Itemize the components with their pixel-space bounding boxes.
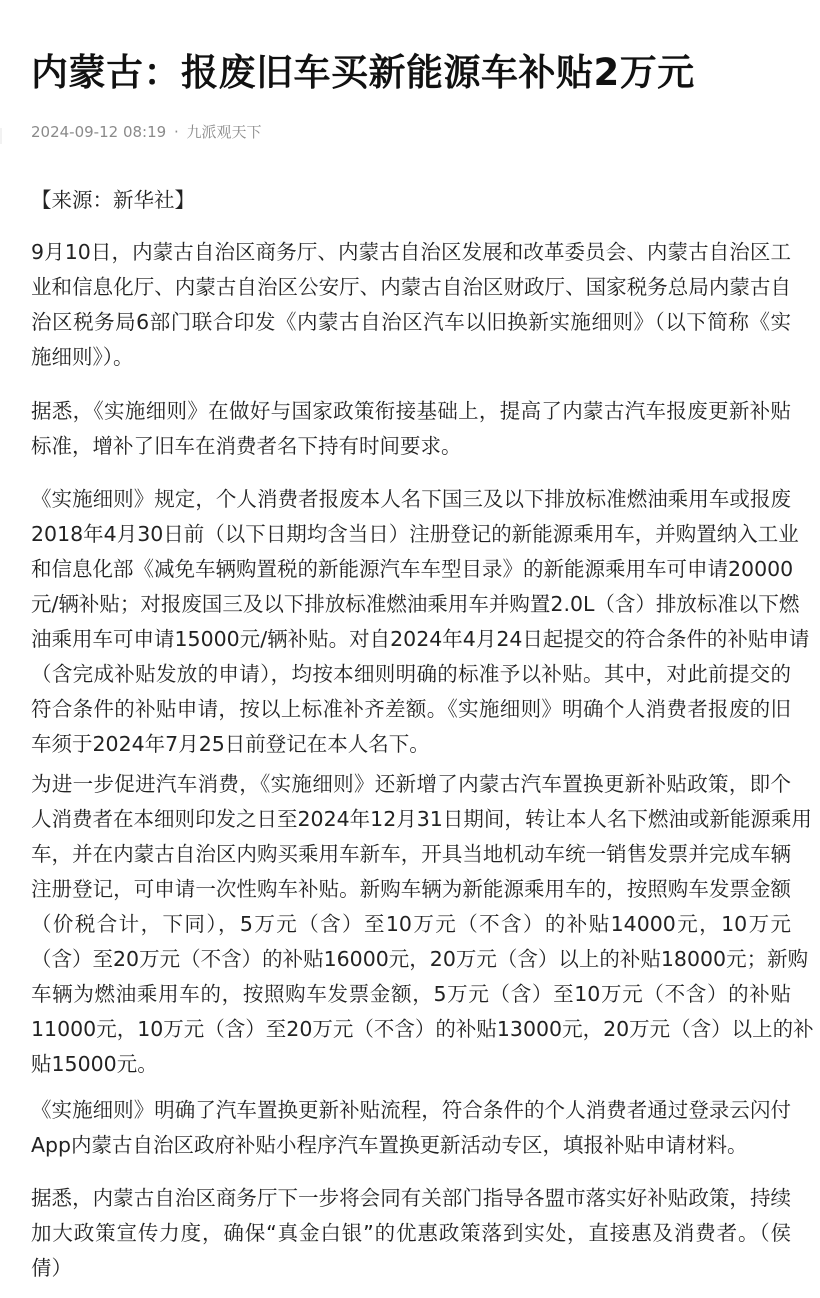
paragraph-5: 《实施细则》明确了汽车置换更新补贴流程，符合条件的个人消费者通过登录云闪付 Ap… xyxy=(31,1093,791,1163)
paragraph-line: 加大政策宣传力度，确保“真金白银”的优惠政策落到实处，直接惠及消费者。（侯 xyxy=(31,1216,791,1251)
article-title: 内蒙古：报废旧车买新能源车补贴2万元 xyxy=(31,48,695,98)
paragraph-line: （含完成补贴发放的申请），均按本细则明确的标准予以补贴。其中，对此前提交的 xyxy=(31,657,791,692)
paragraph-line: 11000元，10万元（含）至20万元（不含）的补贴13000元，20万元（含）… xyxy=(31,1012,791,1047)
paragraph-line: 贴15000元。 xyxy=(31,1047,791,1082)
meta-separator: · xyxy=(171,123,182,141)
paragraph-line: 《实施细则》明确了汽车置换更新补贴流程，符合条件的个人消费者通过登录云闪付 xyxy=(31,1093,791,1128)
paragraph-6: 据悉，内蒙古自治区商务厅下一步将会同有关部门指导各盟市落实好补贴政策，持续 加大… xyxy=(31,1181,791,1286)
paragraph-3: 《实施细则》规定，个人消费者报废本人名下国三及以下排放标准燃油乘用车或报废 20… xyxy=(31,482,791,762)
paragraph-line: 2018年4月30日前（以下日期均含当日）注册登记的新能源乘用车，并购置纳入工业 xyxy=(31,517,791,552)
article-meta: 2024-09-12 08:19 · 九派观天下 xyxy=(31,121,262,143)
paragraph-line: 和信息化部《减免车辆购置税的新能源汽车车型目录》的新能源乘用车可申请20000 xyxy=(31,552,791,587)
paragraph-line: 车，并在内蒙古自治区内购买乘用车新车，开具当地机动车统一销售发票并完成车辆 xyxy=(31,837,791,872)
paragraph-line: （含）至20万元（不含）的补贴16000元，20万元（含）以上的补贴18000元… xyxy=(31,942,791,977)
paragraph-1: 9月10日，内蒙古自治区商务厅、内蒙古自治区发展和改革委员会、内蒙古自治区工 业… xyxy=(31,235,791,375)
paragraph-line: 车辆为燃油乘用车的，按照购车发票金额，5万元（含）至10万元（不含）的补贴 xyxy=(31,977,791,1012)
paragraph-line: 标准，增补了旧车在消费者名下持有时间要求。 xyxy=(31,429,791,464)
paragraph-line: 车须于2024年7月25日前登记在本人名下。 xyxy=(31,727,791,762)
paragraph-line: 元/辆补贴；对报废国三及以下排放标准燃油乘用车并购置2.0L（含）排放标准以下燃 xyxy=(31,587,791,622)
paragraph-line: 油乘用车可申请15000元/辆补贴。对自2024年4月24日起提交的符合条件的补… xyxy=(31,622,791,657)
paragraph-2: 据悉，《实施细则》在做好与国家政策衔接基础上，提高了内蒙古汽车报废更新补贴 标准… xyxy=(31,394,791,464)
author-name[interactable]: 九派观天下 xyxy=(187,123,262,141)
paragraph-line: （价税合计，下同），5万元（含）至10万元（不含）的补贴14000元，10万元 xyxy=(31,907,791,942)
paragraph-line: 据悉，内蒙古自治区商务厅下一步将会同有关部门指导各盟市落实好补贴政策，持续 xyxy=(31,1181,791,1216)
paragraph-line: App内蒙古自治区政府补贴小程序汽车置换更新活动专区，填报补贴申请材料。 xyxy=(31,1128,791,1163)
paragraph-line: 注册登记，可申请一次性购车补贴。新购车辆为新能源乘用车的，按照购车发票金额 xyxy=(31,872,791,907)
paragraph-line: 倩） xyxy=(31,1251,791,1286)
paragraph-line: 业和信息化厅、内蒙古自治区公安厅、内蒙古自治区财政厅、国家税务总局内蒙古自 xyxy=(31,270,791,305)
paragraph-line: 据悉，《实施细则》在做好与国家政策衔接基础上，提高了内蒙古汽车报废更新补贴 xyxy=(31,394,791,429)
paragraph-line: 施细则》）。 xyxy=(31,340,791,375)
article-source: 【来源：新华社】 xyxy=(31,183,195,218)
paragraph-line: 治区税务局6部门联合印发《内蒙古自治区汽车以旧换新实施细则》（以下简称《实 xyxy=(31,305,791,340)
paragraph-line: 为进一步促进汽车消费，《实施细则》还新增了内蒙古汽车置换更新补贴政策，即个 xyxy=(31,767,791,802)
paragraph-line: 9月10日，内蒙古自治区商务厅、内蒙古自治区发展和改革委员会、内蒙古自治区工 xyxy=(31,235,791,270)
page-edge-mark xyxy=(0,128,2,144)
publish-datetime: 2024-09-12 08:19 xyxy=(31,123,166,141)
paragraph-line: 人消费者在本细则印发之日至2024年12月31日期间，转让本人名下燃油或新能源乘… xyxy=(31,802,791,837)
paragraph-4: 为进一步促进汽车消费，《实施细则》还新增了内蒙古汽车置换更新补贴政策，即个 人消… xyxy=(31,767,791,1082)
paragraph-line: 符合条件的补贴申请，按以上标准补齐差额。《实施细则》明确个人消费者报废的旧 xyxy=(31,692,791,727)
paragraph-line: 《实施细则》规定，个人消费者报废本人名下国三及以下排放标准燃油乘用车或报废 xyxy=(31,482,791,517)
